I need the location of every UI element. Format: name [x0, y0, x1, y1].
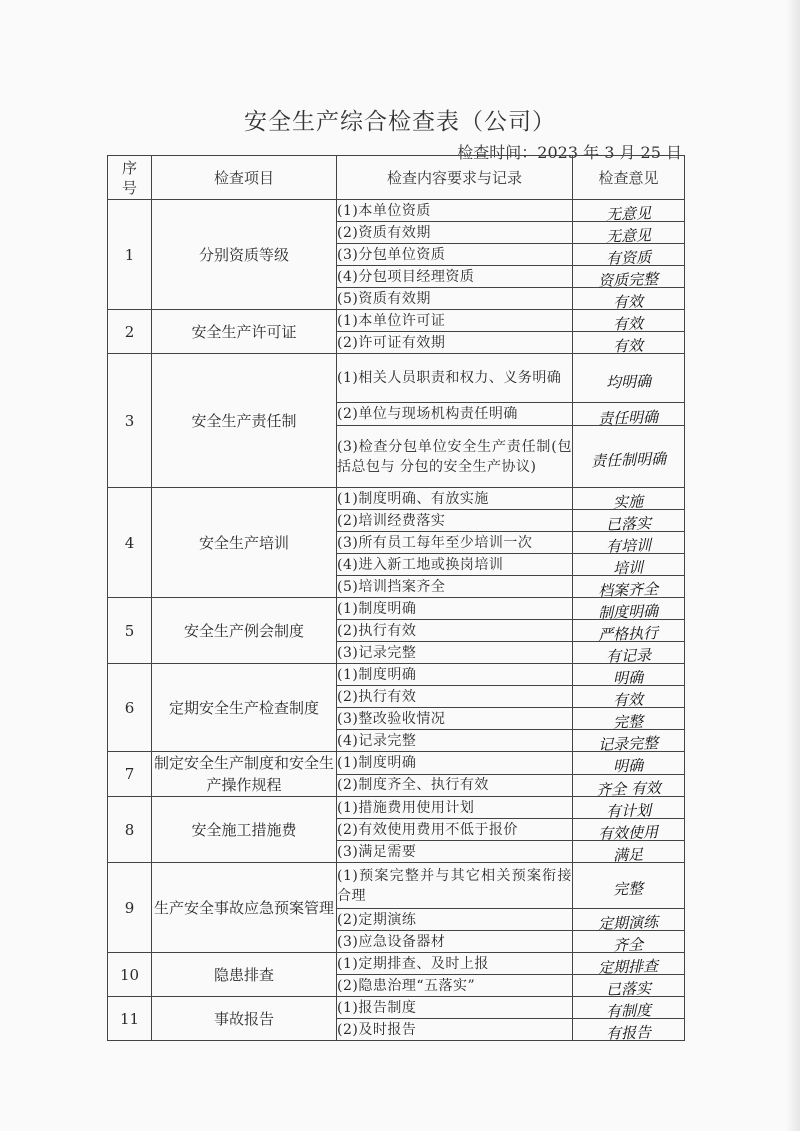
inspection-content: (2)执行有效: [337, 620, 573, 642]
inspection-content: (1)制度明确: [337, 664, 573, 686]
opinion-text: 有报告: [606, 1021, 652, 1044]
inspection-content: (1)本单位许可证: [337, 310, 573, 332]
section-number: 10: [108, 953, 152, 997]
table-body: 1分别资质等级(1)本单位资质无意见(2)资质有效期无意见(3)分包单位资质有资…: [108, 200, 685, 1041]
inspection-item: 安全生产许可证: [152, 310, 337, 354]
inspection-item: 制定安全生产制度和安全生产操作规程: [152, 752, 337, 797]
inspection-opinion-handwritten: 有计划: [573, 797, 685, 819]
inspection-content: (1)制度明确: [337, 752, 573, 775]
table-row: 4安全生产培训(1)制度明确、有放实施实施: [108, 488, 685, 510]
inspection-opinion-handwritten: 满足: [573, 841, 685, 863]
opinion-text: 责任制明确: [591, 448, 667, 472]
inspection-opinion-handwritten: 有效: [573, 332, 685, 354]
inspection-content: (1)相关人员职责和权力、义务明确: [337, 354, 573, 403]
inspection-content: (2)隐患治理“五落实”: [337, 975, 573, 997]
header-opinion: 检查意见: [573, 156, 685, 200]
inspection-opinion-handwritten: 定期排查: [573, 953, 685, 975]
inspection-opinion-handwritten: 记录完整: [573, 730, 685, 752]
inspection-opinion-handwritten: 有记录: [573, 642, 685, 664]
inspection-opinion-handwritten: 责任制明确: [573, 426, 685, 488]
inspection-content: (1)预案完整并与其它相关预案衔接合理: [337, 863, 573, 909]
opinion-text: 完整: [613, 877, 644, 899]
inspection-opinion-handwritten: 有效: [573, 310, 685, 332]
inspection-opinion-handwritten: 制度明确: [573, 598, 685, 620]
inspection-content: (2)定期演练: [337, 909, 573, 931]
inspection-content: (3)所有员工每年至少培训一次: [337, 532, 573, 554]
inspection-opinion-handwritten: 定期演练: [573, 909, 685, 931]
inspection-table: 序号 检查项目 检查内容要求与记录 检查意见 1分别资质等级(1)本单位资质无意…: [107, 155, 685, 1041]
section-number: 3: [108, 354, 152, 488]
opinion-text: 均明确: [606, 370, 652, 393]
inspection-opinion-handwritten: 严格执行: [573, 620, 685, 642]
section-number: 8: [108, 797, 152, 863]
table-row: 2安全生产许可证(1)本单位许可证有效: [108, 310, 685, 332]
section-number: 5: [108, 598, 152, 664]
section-number: 1: [108, 200, 152, 310]
section-number: 11: [108, 997, 152, 1041]
header-no: 序号: [108, 156, 152, 200]
table-row: 1分别资质等级(1)本单位资质无意见: [108, 200, 685, 222]
section-number: 9: [108, 863, 152, 953]
inspection-opinion-handwritten: 有效: [573, 288, 685, 310]
inspection-opinion-handwritten: 齐全: [573, 931, 685, 953]
inspection-content: (2)及时报告: [337, 1019, 573, 1041]
inspection-opinion-handwritten: 有效: [573, 686, 685, 708]
inspection-opinion-handwritten: 责任明确: [573, 403, 685, 426]
inspection-content: (1)定期排查、及时上报: [337, 953, 573, 975]
inspection-content: (1)措施费用使用计划: [337, 797, 573, 819]
table-row: 7制定安全生产制度和安全生产操作规程(1)制度明确明确: [108, 752, 685, 775]
inspection-opinion-handwritten: 均明确: [573, 354, 685, 403]
inspection-opinion-handwritten: 已落实: [573, 510, 685, 532]
inspection-content: (3)满足需要: [337, 841, 573, 863]
inspection-content: (2)许可证有效期: [337, 332, 573, 354]
inspection-item: 生产安全事故应急预案管理: [152, 863, 337, 953]
inspection-content: (2)有效使用费用不低于报价: [337, 819, 573, 841]
inspection-item: 安全生产责任制: [152, 354, 337, 488]
inspection-content: (2)培训经费落实: [337, 510, 573, 532]
inspection-item: 定期安全生产检查制度: [152, 664, 337, 752]
inspection-item: 安全生产例会制度: [152, 598, 337, 664]
inspection-content: (1)本单位资质: [337, 200, 573, 222]
inspection-opinion-handwritten: 档案齐全: [573, 576, 685, 598]
inspection-opinion-handwritten: 有制度: [573, 997, 685, 1019]
table-row: 10隐患排查(1)定期排查、及时上报定期排查: [108, 953, 685, 975]
inspection-content: (3)应急设备器材: [337, 931, 573, 953]
inspection-content: (4)分包项目经理资质: [337, 266, 573, 288]
table-row: 8安全施工措施费(1)措施费用使用计划有计划: [108, 797, 685, 819]
table-row: 9生产安全事故应急预案管理(1)预案完整并与其它相关预案衔接合理完整: [108, 863, 685, 909]
header-content: 检查内容要求与记录: [337, 156, 573, 200]
inspection-opinion-handwritten: 完整: [573, 863, 685, 909]
inspection-opinion-handwritten: 完整: [573, 708, 685, 730]
inspection-content: (5)资质有效期: [337, 288, 573, 310]
table-header-row: 序号 检查项目 检查内容要求与记录 检查意见: [108, 156, 685, 200]
header-item: 检查项目: [152, 156, 337, 200]
table-row: 11事故报告(1)报告制度有制度: [108, 997, 685, 1019]
inspection-content: (1)报告制度: [337, 997, 573, 1019]
inspection-content: (2)执行有效: [337, 686, 573, 708]
inspection-content: (3)记录完整: [337, 642, 573, 664]
inspection-content: (4)进入新工地或换岗培训: [337, 554, 573, 576]
inspection-content: (3)分包单位资质: [337, 244, 573, 266]
inspection-item: 安全施工措施费: [152, 797, 337, 863]
inspection-item: 事故报告: [152, 997, 337, 1041]
inspection-content: (4)记录完整: [337, 730, 573, 752]
inspection-content: (2)单位与现场机构责任明确: [337, 403, 573, 426]
inspection-opinion-handwritten: 无意见: [573, 222, 685, 244]
inspection-opinion-handwritten: 资质完整: [573, 266, 685, 288]
inspection-opinion-handwritten: 已落实: [573, 975, 685, 997]
inspection-opinion-handwritten: 有资质: [573, 244, 685, 266]
inspection-content: (5)培训挡案齐全: [337, 576, 573, 598]
inspection-content: (3)检查分包单位安全生产责任制(包括总包与 分包的安全生产协议): [337, 426, 573, 488]
inspection-opinion-handwritten: 无意见: [573, 200, 685, 222]
page-edge-shadow: [786, 0, 800, 1131]
inspection-content: (3)整改验收情况: [337, 708, 573, 730]
table-row: 6定期安全生产检查制度(1)制度明确明确: [108, 664, 685, 686]
section-number: 6: [108, 664, 152, 752]
inspection-opinion-handwritten: 有培训: [573, 532, 685, 554]
inspection-content: (2)资质有效期: [337, 222, 573, 244]
inspection-opinion-handwritten: 明确: [573, 752, 685, 775]
inspection-item: 安全生产培训: [152, 488, 337, 598]
inspection-opinion-handwritten: 明确: [573, 664, 685, 686]
section-number: 4: [108, 488, 152, 598]
inspection-content: (1)制度明确: [337, 598, 573, 620]
table-row: 3安全生产责任制(1)相关人员职责和权力、义务明确均明确: [108, 354, 685, 403]
section-number: 2: [108, 310, 152, 354]
inspection-opinion-handwritten: 有效使用: [573, 819, 685, 841]
document-title: 安全生产综合检查表（公司）: [0, 103, 800, 136]
inspection-opinion-handwritten: 齐全 有效: [573, 774, 685, 797]
inspection-opinion-handwritten: 培训: [573, 554, 685, 576]
inspection-content: (2)制度齐全、执行有效: [337, 774, 573, 797]
inspection-opinion-handwritten: 实施: [573, 488, 685, 510]
inspection-content: (1)制度明确、有放实施: [337, 488, 573, 510]
section-number: 7: [108, 752, 152, 797]
table-row: 5安全生产例会制度(1)制度明确制度明确: [108, 598, 685, 620]
inspection-item: 隐患排查: [152, 953, 337, 997]
inspection-item: 分别资质等级: [152, 200, 337, 310]
inspection-opinion-handwritten: 有报告: [573, 1019, 685, 1041]
